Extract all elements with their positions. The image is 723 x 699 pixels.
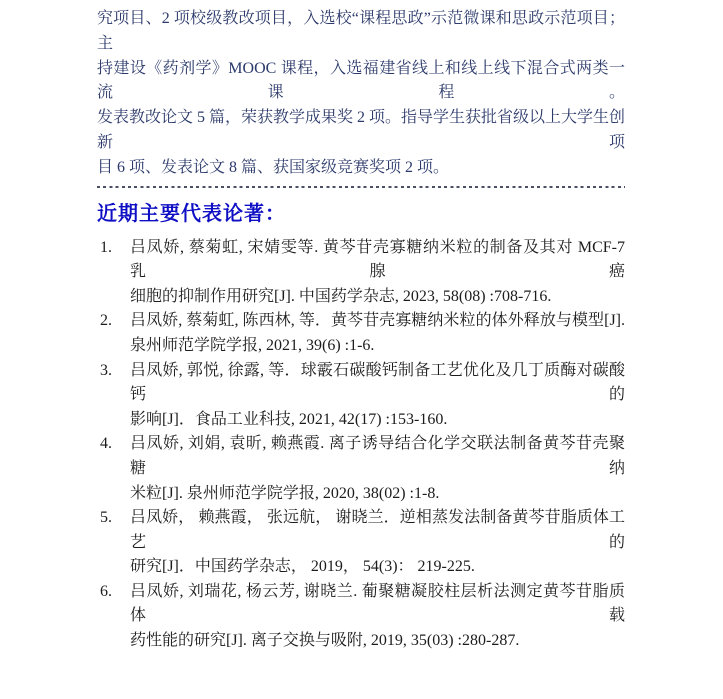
reference-line-2: 细胞的抑制作用研究[J]. 中国药学杂志, 2023, 58(08) :708-…	[130, 285, 625, 310]
reference-line-1: 吕凤娇, 刘娟, 袁昕, 赖燕霞. 离子诱导结合化学交联法制备黄芩苷壳聚糖纳	[130, 432, 625, 481]
item-number: 6.	[97, 580, 130, 654]
publication-item-3: 3. 吕凤娇, 郭悦, 徐露, 等．球霰石碳酸钙制备工艺优化及几丁质酶对碳酸钙的…	[97, 359, 625, 433]
reference-line-2: 米粒[J]. 泉州师范学院学报, 2020, 38(02) :1-8.	[130, 482, 625, 507]
reference-line-2: 影响[J]．食品工业科技, 2021, 42(17) :153-160.	[130, 408, 625, 433]
reference-line-1: 吕凤娇, 郭悦, 徐露, 等．球霰石碳酸钙制备工艺优化及几丁质酶对碳酸钙的	[130, 359, 625, 408]
reference-line-2: 研究[J]．中国药学杂志， 2019， 54(3)： 219-225.	[130, 555, 625, 580]
intro-line-1: 究项目、2 项校级教改项目，入选校“课程思政”示范微课和思政示范项目；主	[97, 7, 625, 57]
publication-item-5: 5. 吕凤娇， 赖燕霞， 张远航， 谢晓兰．逆相蒸发法制备黄芩苷脂质体工艺的 研…	[97, 506, 625, 580]
intro-line-4: 目 6 项、发表论文 8 篇、获国家级竞赛奖项 2 项。	[97, 156, 625, 181]
section-heading: 近期主要代表论著：	[97, 201, 625, 227]
intro-line-2: 持建设《药剂学》MOOC 课程，入选福建省线上和线上线下混合式两类一流课程。	[97, 57, 625, 107]
document-content: 究项目、2 项校级教改项目，入选校“课程思政”示范微课和思政示范项目；主 持建设…	[97, 7, 625, 654]
reference-text: 吕凤娇, 郭悦, 徐露, 等．球霰石碳酸钙制备工艺优化及几丁质酶对碳酸钙的 影响…	[130, 359, 625, 433]
reference-line-2: 药性能的研究[J]. 离子交换与吸附, 2019, 35(03) :280-28…	[130, 629, 625, 654]
intro-line-3: 发表教改论文 5 篇，荣获教学成果奖 2 项。指导学生获批省级以上大学生创新项	[97, 106, 625, 156]
item-number: 1.	[97, 236, 130, 310]
publication-item-4: 4. 吕凤娇, 刘娟, 袁昕, 赖燕霞. 离子诱导结合化学交联法制备黄芩苷壳聚糖…	[97, 432, 625, 506]
reference-text: 吕凤娇, 蔡菊虹, 陈西林, 等．黄芩苷壳寡糖纳米粒的体外释放与模型[J]. 泉…	[130, 309, 625, 358]
dotted-divider	[97, 186, 625, 188]
publication-item-1: 1. 吕凤娇, 蔡菊虹, 宋婧雯等. 黄芩苷壳寡糖纳米粒的制备及其对 MCF-7…	[97, 236, 625, 310]
reference-line-1: 吕凤娇, 蔡菊虹, 陈西林, 等．黄芩苷壳寡糖纳米粒的体外释放与模型[J].	[130, 309, 625, 334]
reference-line-1: 吕凤娇, 刘瑞花, 杨云芳, 谢晓兰. 葡聚糖凝胶柱层析法测定黄芩苷脂质体载	[130, 580, 625, 629]
reference-line-1: 吕凤娇， 赖燕霞， 张远航， 谢晓兰．逆相蒸发法制备黄芩苷脂质体工艺的	[130, 506, 625, 555]
reference-text: 吕凤娇， 赖燕霞， 张远航， 谢晓兰．逆相蒸发法制备黄芩苷脂质体工艺的 研究[J…	[130, 506, 625, 580]
publication-item-2: 2. 吕凤娇, 蔡菊虹, 陈西林, 等．黄芩苷壳寡糖纳米粒的体外释放与模型[J]…	[97, 309, 625, 358]
intro-paragraph: 究项目、2 项校级教改项目，入选校“课程思政”示范微课和思政示范项目；主 持建设…	[97, 7, 625, 181]
item-number: 3.	[97, 359, 130, 433]
item-number: 4.	[97, 432, 130, 506]
item-number: 5.	[97, 506, 130, 580]
reference-line-2: 泉州师范学院学报, 2021, 39(6) :1-6.	[130, 334, 625, 359]
publication-item-6: 6. 吕凤娇, 刘瑞花, 杨云芳, 谢晓兰. 葡聚糖凝胶柱层析法测定黄芩苷脂质体…	[97, 580, 625, 654]
reference-line-1: 吕凤娇, 蔡菊虹, 宋婧雯等. 黄芩苷壳寡糖纳米粒的制备及其对 MCF-7 乳腺…	[130, 236, 625, 285]
publication-list: 1. 吕凤娇, 蔡菊虹, 宋婧雯等. 黄芩苷壳寡糖纳米粒的制备及其对 MCF-7…	[97, 236, 625, 654]
item-number: 2.	[97, 309, 130, 358]
reference-text: 吕凤娇, 刘娟, 袁昕, 赖燕霞. 离子诱导结合化学交联法制备黄芩苷壳聚糖纳 米…	[130, 432, 625, 506]
reference-text: 吕凤娇, 刘瑞花, 杨云芳, 谢晓兰. 葡聚糖凝胶柱层析法测定黄芩苷脂质体载 药…	[130, 580, 625, 654]
reference-text: 吕凤娇, 蔡菊虹, 宋婧雯等. 黄芩苷壳寡糖纳米粒的制备及其对 MCF-7 乳腺…	[130, 236, 625, 310]
